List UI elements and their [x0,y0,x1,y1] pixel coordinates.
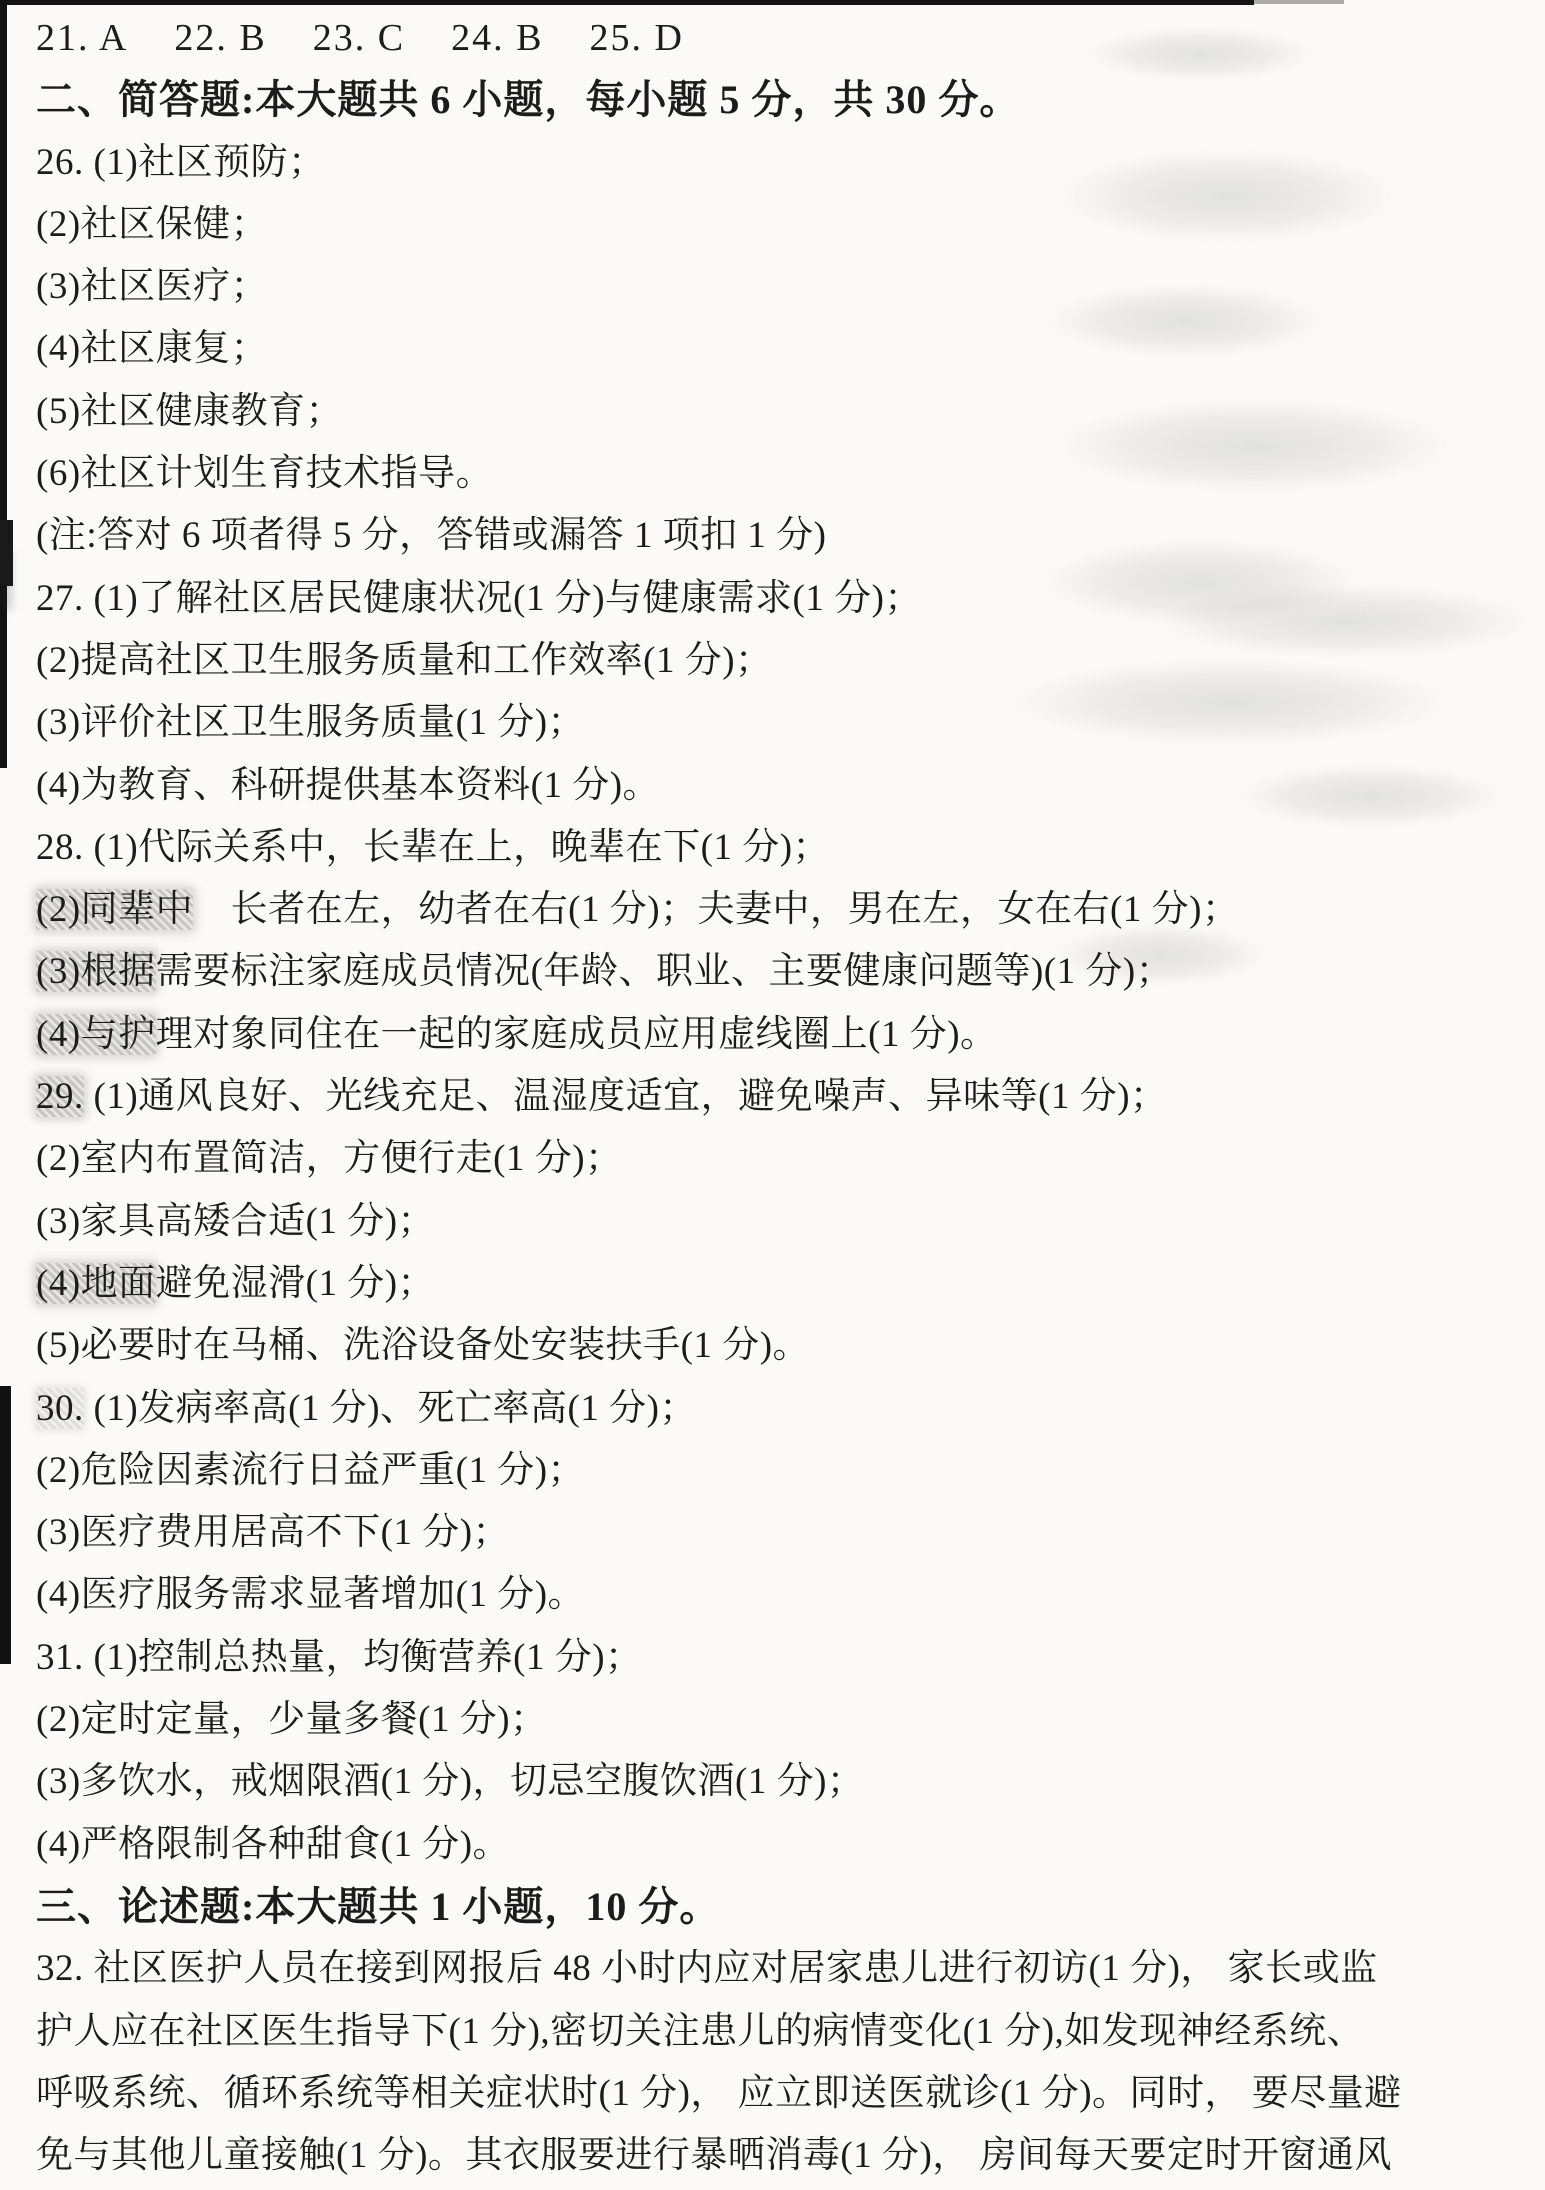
mc-answer: 25. D [589,16,683,60]
line-text: (5)社区健康教育； [36,391,343,432]
line-text: (4)为教育、科研提供基本资料(1 分)。 [36,765,660,806]
answer-line: (3)医疗费用居高不下(1 分)； [36,1502,1545,1564]
scan-smudge-highlight: (2)同辈中 [36,889,193,930]
scan-smudge-highlight: 29. [36,1076,84,1117]
line-text: 三、论述题:本大题共 1 小题，10 分。 [36,1884,720,1929]
answer-line: (2)室内布置简洁，方便行走(1 分)； [36,1128,1545,1190]
line-text: 免与其他儿童接触(1 分)。其衣服要进行暴晒消毒(1 分)， 房间每天要定时开窗… [36,2135,1392,2176]
answer-line: 免与其他儿童接触(1 分)。其衣服要进行暴晒消毒(1 分)， 房间每天要定时开窗… [36,2125,1545,2187]
line-text: (6)社区计划生育技术指导。 [36,453,493,494]
scan-edge-left-upper [0,0,7,768]
answer-line: (4)地面避免湿滑(1 分)； [36,1253,1545,1315]
line-text: (3)医疗费用居高不下(1 分)； [36,1512,510,1553]
scan-edge-left-lower [0,1386,11,1664]
line-text: (4)社区康复； [36,328,268,369]
answer-line: 32. 社区医护人员在接到网报后 48 小时内应对居家患儿进行初访(1 分)， … [36,1938,1545,2000]
answer-line: (2)同辈中 长者在左，幼者在右(1 分)；夫妻中，男在左，女在右(1 分)； [36,879,1545,941]
line-text: (3)家具高矮合适(1 分)； [36,1201,435,1242]
scan-smudge-highlight: (4)与护 [36,1014,156,1055]
scan-edge-top [6,0,1254,5]
answer-text-column: 21. A22. B23. C24. B25. D 二、简答题:本大题共 6 小… [36,7,1545,2187]
answer-line: (5)社区健康教育； [36,381,1545,443]
mc-answer: 22. B [174,16,266,60]
answer-line: (2)提高社区卫生服务质量和工作效率(1 分)； [36,630,1545,692]
scan-edge-left-notch [0,520,13,586]
answer-line: 27. (1)了解社区居民健康状况(1 分)与健康需求(1 分)； [36,568,1545,630]
line-text: 二、简答题:本大题共 6 小题，每小题 5 分，共 30 分。 [36,77,1020,122]
answer-line: (3)社区医疗； [36,256,1545,318]
answer-line: (5)必要时在马桶、洗浴设备处安装扶手(1 分)。 [36,1315,1545,1377]
line-text: (2)定时定量，少量多餐(1 分)； [36,1699,548,1740]
line-text: (2)室内布置简洁，方便行走(1 分)； [36,1138,623,1179]
answer-line: (2)社区保健； [36,194,1545,256]
line-text: (3)社区医疗； [36,266,268,307]
line-text: 避免湿滑(1 分)； [156,1263,435,1304]
line-text: 32. 社区医护人员在接到网报后 48 小时内应对居家患儿进行初访(1 分)， … [36,1948,1378,1989]
answer-line: (4)与护理对象同住在一起的家庭成员应用虚线圈上(1 分)。 [36,1004,1545,1066]
line-text: 需要标注家庭成员情况(年龄、职业、主要健康问题等)(1 分)； [156,951,1174,992]
answer-line: (4)严格限制各种甜食(1 分)。 [36,1814,1545,1876]
section-heading: 三、论述题:本大题共 1 小题，10 分。 [36,1876,1545,1938]
line-text: 27. (1)了解社区居民健康状况(1 分)与健康需求(1 分)； [36,578,922,619]
answer-line: 呼吸系统、循环系统等相关症状时(1 分)， 应立即送医就诊(1 分)。同时， 要… [36,2063,1545,2125]
answer-line: (4)为教育、科研提供基本资料(1 分)。 [36,755,1545,817]
answer-line: (2)危险因素流行日益严重(1 分)； [36,1440,1545,1502]
section-heading: 二、简答题:本大题共 6 小题，每小题 5 分，共 30 分。 [36,69,1545,131]
answer-line: (3)评价社区卫生服务质量(1 分)； [36,692,1545,754]
line-text: 呼吸系统、循环系统等相关症状时(1 分)， 应立即送医就诊(1 分)。同时， 要… [36,2073,1402,2114]
mc-answer: 23. C [313,16,405,60]
line-text: (2)危险因素流行日益严重(1 分)； [36,1450,585,1491]
answer-line: (3)家具高矮合适(1 分)； [36,1191,1545,1253]
answer-line: 28. (1)代际关系中，长辈在上，晚辈在下(1 分)； [36,817,1545,879]
line-text: 理对象同住在一起的家庭成员应用虚线圈上(1 分)。 [156,1014,998,1055]
line-text: (2)提高社区卫生服务质量和工作效率(1 分)； [36,640,773,681]
answer-line: (2)定时定量，少量多餐(1 分)； [36,1689,1545,1751]
scanned-document-page: 21. A22. B23. C24. B25. D 二、简答题:本大题共 6 小… [0,0,1545,2190]
line-text: (2)社区保健； [36,204,268,245]
scan-smudge-highlight: 30. [36,1388,84,1429]
answer-line: 29. (1)通风良好、光线充足、温湿度适宜，避免噪声、异味等(1 分)； [36,1066,1545,1128]
line-text: 31. (1)控制总热量，均衡营养(1 分)； [36,1637,643,1678]
answer-line: (3)多饮水，戒烟限酒(1 分)，切忌空腹饮酒(1 分)； [36,1751,1545,1813]
answer-line: 26. (1)社区预防； [36,132,1545,194]
multiple-choice-answers-row: 21. A22. B23. C24. B25. D [36,7,1545,69]
line-text: (1)通风良好、光线充足、温湿度适宜，避免噪声、异味等(1 分)； [84,1076,1168,1117]
scan-smudge-highlight: (4)地面 [36,1263,156,1304]
line-text: (1)发病率高(1 分)、死亡率高(1 分)； [84,1388,697,1429]
line-text: (4)医疗服务需求显著增加(1 分)。 [36,1574,585,1615]
answer-line: 30. (1)发病率高(1 分)、死亡率高(1 分)； [36,1378,1545,1440]
answer-line: (6)社区计划生育技术指导。 [36,443,1545,505]
line-text: 护人应在社区医生指导下(1 分),密切关注患儿的病情变化(1 分),如发现神经系… [36,2011,1364,2052]
mc-answer: 21. A [36,16,128,60]
line-text: (注:答对 6 项者得 5 分，答错或漏答 1 项扣 1 分) [36,515,826,556]
answer-line: (注:答对 6 项者得 5 分，答错或漏答 1 项扣 1 分) [36,505,1545,567]
answer-line: 31. (1)控制总热量，均衡营养(1 分)； [36,1627,1545,1689]
line-text: 长者在左，幼者在右(1 分)；夫妻中，男在左，女在右(1 分)； [193,889,1239,930]
answer-lines: 二、简答题:本大题共 6 小题，每小题 5 分，共 30 分。26. (1)社区… [36,69,1545,2187]
line-text: (4)严格限制各种甜食(1 分)。 [36,1824,510,1865]
line-text: (3)多饮水，戒烟限酒(1 分)，切忌空腹饮酒(1 分)； [36,1761,864,1802]
answer-line: 护人应在社区医生指导下(1 分),密切关注患儿的病情变化(1 分),如发现神经系… [36,2001,1545,2063]
scan-smudge-highlight: (3)根据 [36,951,156,992]
answer-line: (4)社区康复； [36,318,1545,380]
line-text: 26. (1)社区预防； [36,142,326,183]
line-text: 28. (1)代际关系中，长辈在上，晚辈在下(1 分)； [36,827,830,868]
answer-line: (3)根据需要标注家庭成员情况(年龄、职业、主要健康问题等)(1 分)； [36,941,1545,1003]
answer-line: (4)医疗服务需求显著增加(1 分)。 [36,1564,1545,1626]
line-text: (5)必要时在马桶、洗浴设备处安装扶手(1 分)。 [36,1325,810,1366]
mc-answer: 24. B [451,16,543,60]
line-text: (3)评价社区卫生服务质量(1 分)； [36,702,585,743]
